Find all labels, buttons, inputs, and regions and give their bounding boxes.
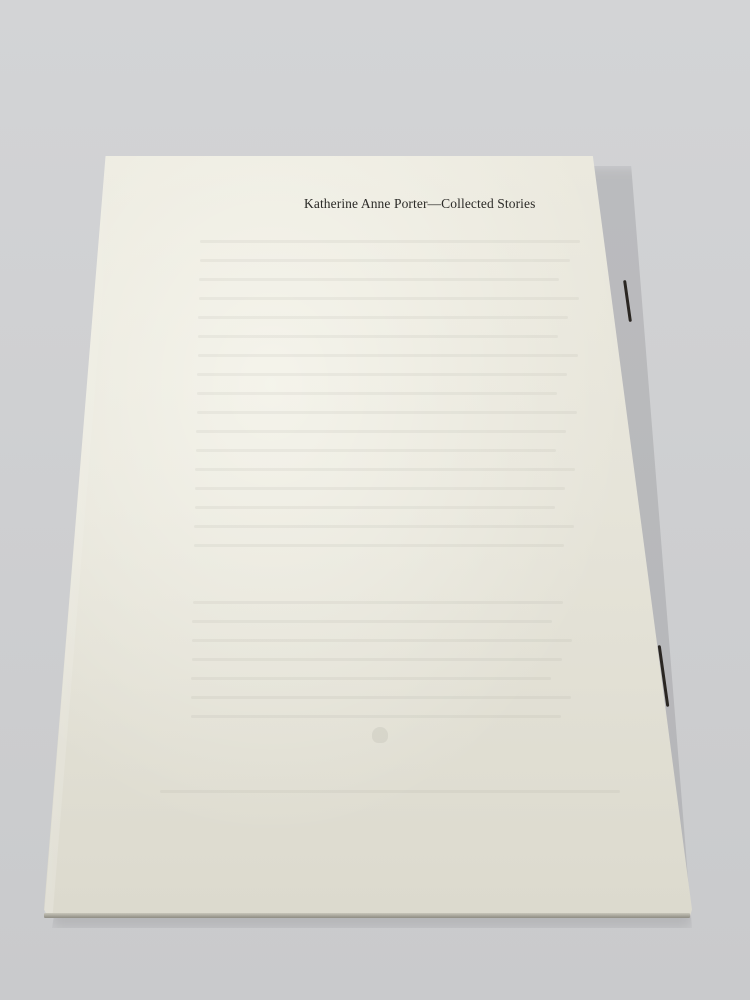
- photo-scene: Katherine Anne Porter—Collected Stories: [0, 0, 750, 1000]
- ornament-icon: [372, 727, 388, 743]
- ghost-text-line: [197, 373, 567, 376]
- ghost-text-line: [195, 487, 565, 490]
- ghost-text-line: [198, 335, 558, 338]
- ghost-text-line: [194, 525, 574, 528]
- booklet-cover: [44, 156, 692, 918]
- ghost-text-line: [160, 790, 620, 793]
- ghost-text-line: [191, 715, 561, 718]
- ghost-text-line: [195, 468, 575, 471]
- ghost-text-line: [200, 240, 580, 243]
- ghost-text-line: [192, 639, 572, 642]
- ghost-text-line: [197, 411, 577, 414]
- ghost-text-line: [196, 449, 556, 452]
- ghost-text-line: [200, 259, 570, 262]
- ghost-text-line: [196, 430, 566, 433]
- ghost-text-line: [199, 278, 559, 281]
- ghost-text-line: [198, 316, 568, 319]
- booklet-bottom-edge: [44, 913, 690, 918]
- ghost-text-line: [199, 297, 579, 300]
- ghost-text-line: [191, 677, 551, 680]
- ghost-text-line: [192, 620, 552, 623]
- ghost-text-line: [195, 506, 555, 509]
- ghost-text-line: [193, 601, 563, 604]
- ghost-text-line: [192, 658, 562, 661]
- ghost-text-line: [191, 696, 571, 699]
- ghost-text-line: [198, 354, 578, 357]
- ghost-text-line: [197, 392, 557, 395]
- booklet-header-title: Katherine Anne Porter—Collected Stories: [304, 196, 535, 212]
- ghost-text-line: [194, 544, 564, 547]
